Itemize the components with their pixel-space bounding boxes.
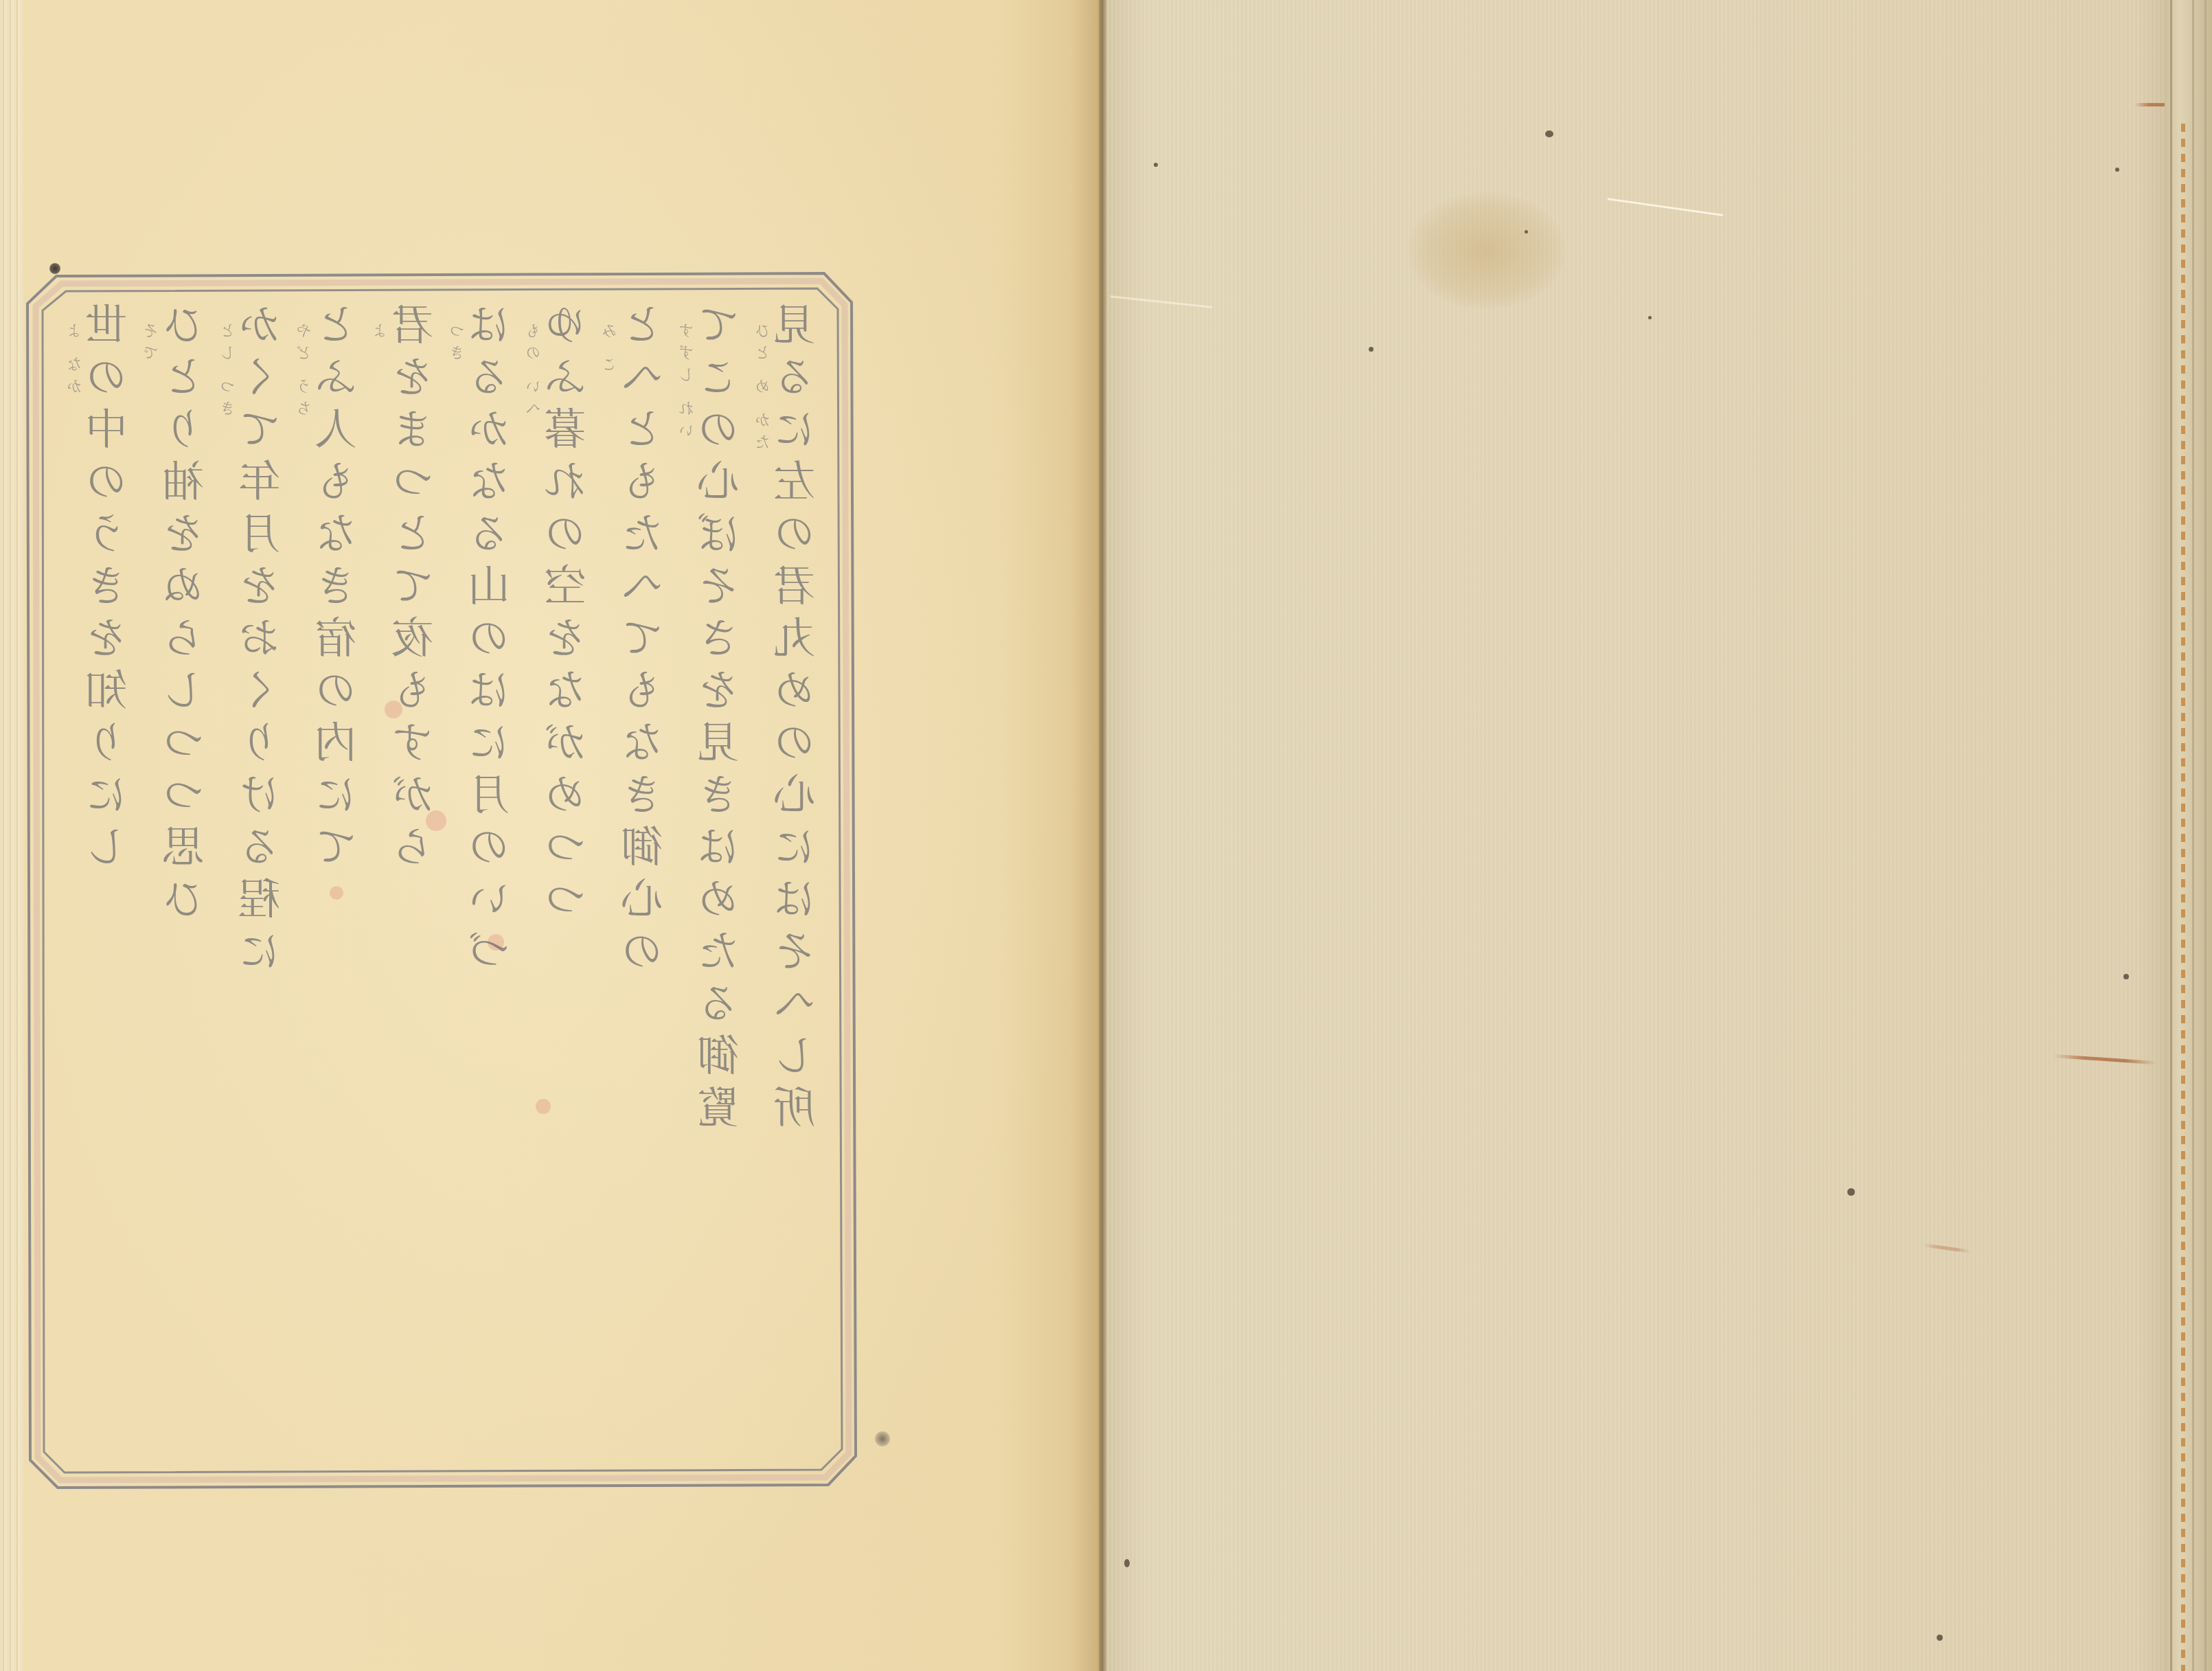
paper-speck — [1124, 1559, 1130, 1567]
page-edge-line — [2192, 0, 2194, 1671]
text-column: てこの心ぼそさを見きはめたる御覧 すずし れい — [677, 302, 738, 1456]
paper-speck — [1648, 316, 1652, 319]
paper-speck — [1369, 347, 1373, 352]
text-column: ゆふ暮れの空をながめつつ もの いへ — [524, 302, 584, 1456]
right-page — [1107, 0, 2165, 1671]
stitch-marks — [2181, 124, 2185, 1671]
paper-speck — [1847, 1188, 1855, 1196]
paper-speck — [1154, 163, 1158, 167]
top-left-ink-blot — [49, 263, 60, 274]
text-column: 君をまつとて夜もすがら よ — [371, 302, 431, 1456]
text-column: 世の中のうきを知りにし よ なか — [65, 302, 126, 1456]
book-spine-gutter — [1099, 0, 1107, 1671]
frame-corner-speck — [875, 1431, 890, 1446]
text-column: 見るに左の君丸めの心にはそへし所 ひと め かた — [753, 302, 814, 1456]
left-page: 見るに左の君丸めの心にはそへし所 ひと め かた てこの心ぼそさを見きはめたる御… — [0, 0, 1103, 1671]
text-column: はるかなる山のはに月のいづ つき — [448, 302, 508, 1456]
book-spread: 見るに左の君丸めの心にはそへし所 ひと め かた てこの心ぼそさを見きはめたる御… — [0, 0, 2212, 1671]
paper-speck — [2115, 168, 2119, 172]
text-column: とへともたへてもなき御心の み こ — [600, 302, 661, 1456]
paper-speck — [1937, 1635, 1943, 1641]
paper-speck — [2123, 974, 2129, 979]
water-stain — [1408, 192, 1566, 309]
text-column: かくて年月をおくりける程に とし つき — [218, 302, 279, 1456]
page-edge-line — [2170, 0, 2172, 1671]
bleed-through-text: 見るに左の君丸めの心にはそへし所 ひと め かた てこの心ぼそさを見きはめたる御… — [65, 302, 814, 1456]
page-stack-fore-edge — [2165, 0, 2212, 1671]
paper-speck — [1525, 230, 1528, 234]
page-edge-line — [2204, 0, 2207, 1671]
text-column: ひとり袖をぬらしつつ思ひ そで — [141, 302, 202, 1456]
paper-speck — [1545, 130, 1553, 137]
text-column: とふ人もなき宿の内にて やど うち — [295, 302, 355, 1456]
